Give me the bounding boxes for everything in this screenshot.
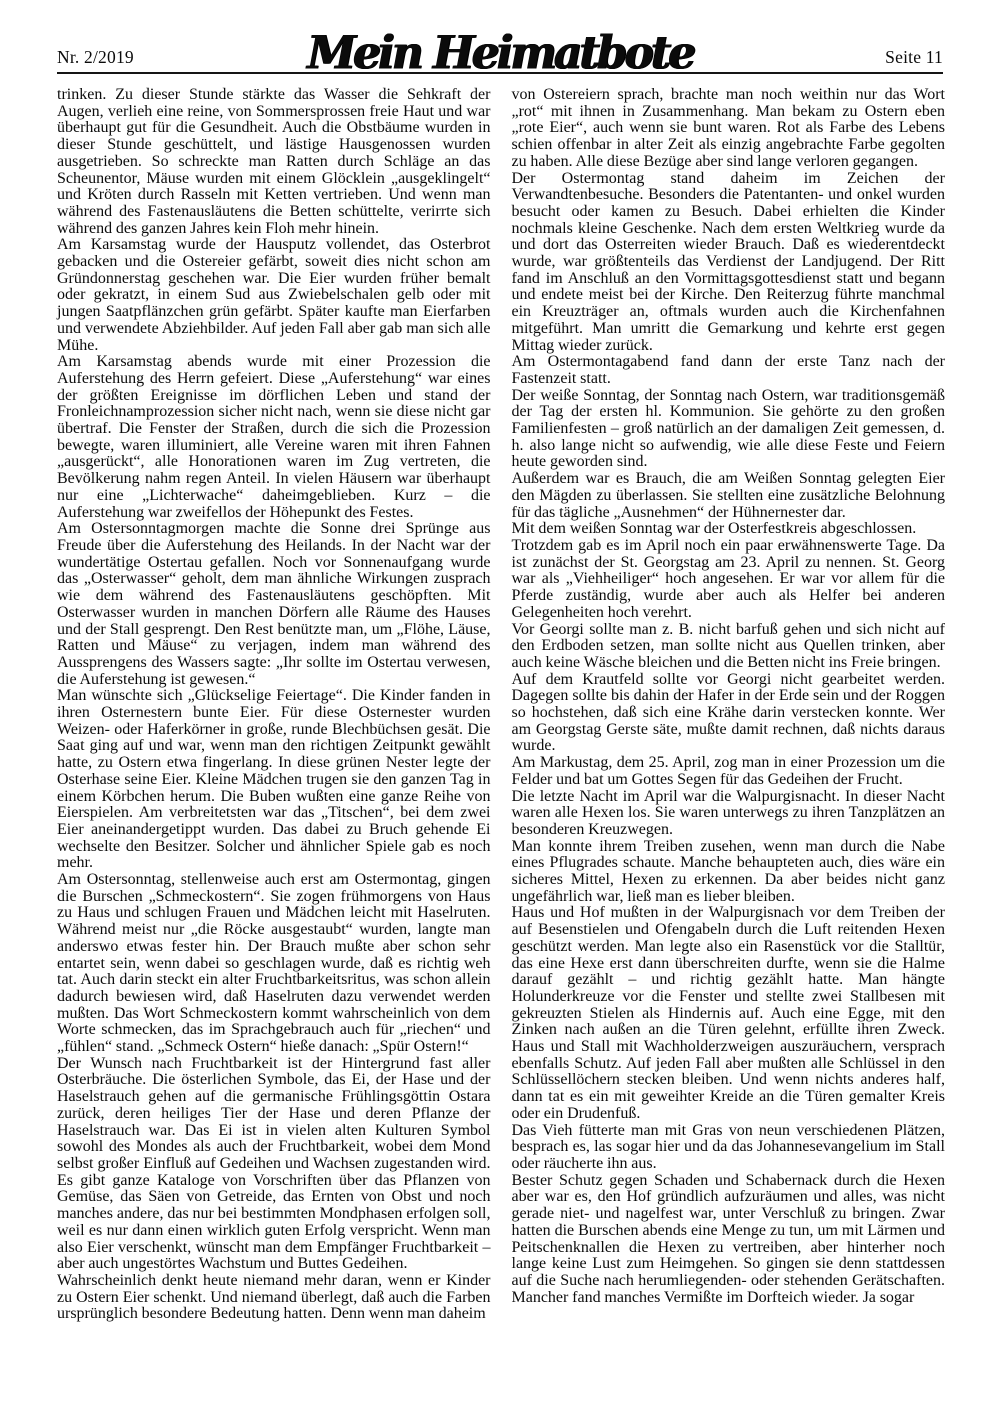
article-column-left: trinken. Zu dieser Stunde stärkte das Wa… [57, 87, 491, 1323]
paragraph: von Ostereiern sprach, brachte man noch … [512, 87, 946, 171]
paragraph: Mit dem weißen Sonntag war der Osterfest… [512, 521, 946, 538]
paragraph: Haus und Hof mußten in der Walpurgisnach… [512, 905, 946, 1122]
paragraph: Am Karsamstag abends wurde mit einer Pro… [57, 354, 491, 521]
paragraph: Das Vieh fütterte man mit Gras von neun … [512, 1123, 946, 1173]
article-body: trinken. Zu dieser Stunde stärkte das Wa… [57, 87, 945, 1323]
paragraph: Auf dem Krautfeld sollte vor Georgi nich… [512, 672, 946, 756]
paragraph: Vor Georgi sollte man z. B. nicht barfuß… [512, 622, 946, 672]
header-divider-rule [57, 72, 943, 74]
page-header: Nr. 2/2019 Mein Heimatbote Seite 11 [57, 26, 943, 72]
paragraph: Der Ostermontag stand daheim im Zeichen … [512, 171, 946, 355]
paragraph: Am Karsamstag wurde der Hausputz vollend… [57, 237, 491, 354]
paragraph: Am Ostersonntag, stellenweise auch erst … [57, 872, 491, 1056]
newspaper-page: Nr. 2/2019 Mein Heimatbote Seite 11 trin… [0, 0, 1000, 1412]
paragraph: Am Ostermontagabend fand dann der erste … [512, 354, 946, 387]
paragraph: Die letzte Nacht im April war die Walpur… [512, 789, 946, 839]
paragraph: Bester Schutz gegen Schaden und Schabern… [512, 1173, 946, 1307]
paragraph: Der Wunsch nach Fruchtbarkeit ist der Hi… [57, 1056, 491, 1273]
paragraph: Man wünschte sich „Glückselige Feiertage… [57, 688, 491, 872]
article-column-right: von Ostereiern sprach, brachte man noch … [512, 87, 946, 1323]
paragraph: Trotzdem gab es im April noch ein paar e… [512, 538, 946, 622]
page-number: Seite 11 [885, 47, 943, 68]
paragraph: Man konnte ihrem Treiben zusehen, wenn m… [512, 839, 946, 906]
paragraph: Der weiße Sonntag, der Sonntag nach Oste… [512, 388, 946, 472]
paragraph: Am Ostersonntagmorgen machte die Sonne d… [57, 521, 491, 688]
paragraph: Außerdem war es Brauch, die am Weißen So… [512, 471, 946, 521]
paragraph: Wahrscheinlich denkt heute niemand mehr … [57, 1273, 491, 1323]
paragraph: Am Markustag, dem 25. April, zog man in … [512, 755, 946, 788]
paragraph: trinken. Zu dieser Stunde stärkte das Wa… [57, 87, 491, 237]
